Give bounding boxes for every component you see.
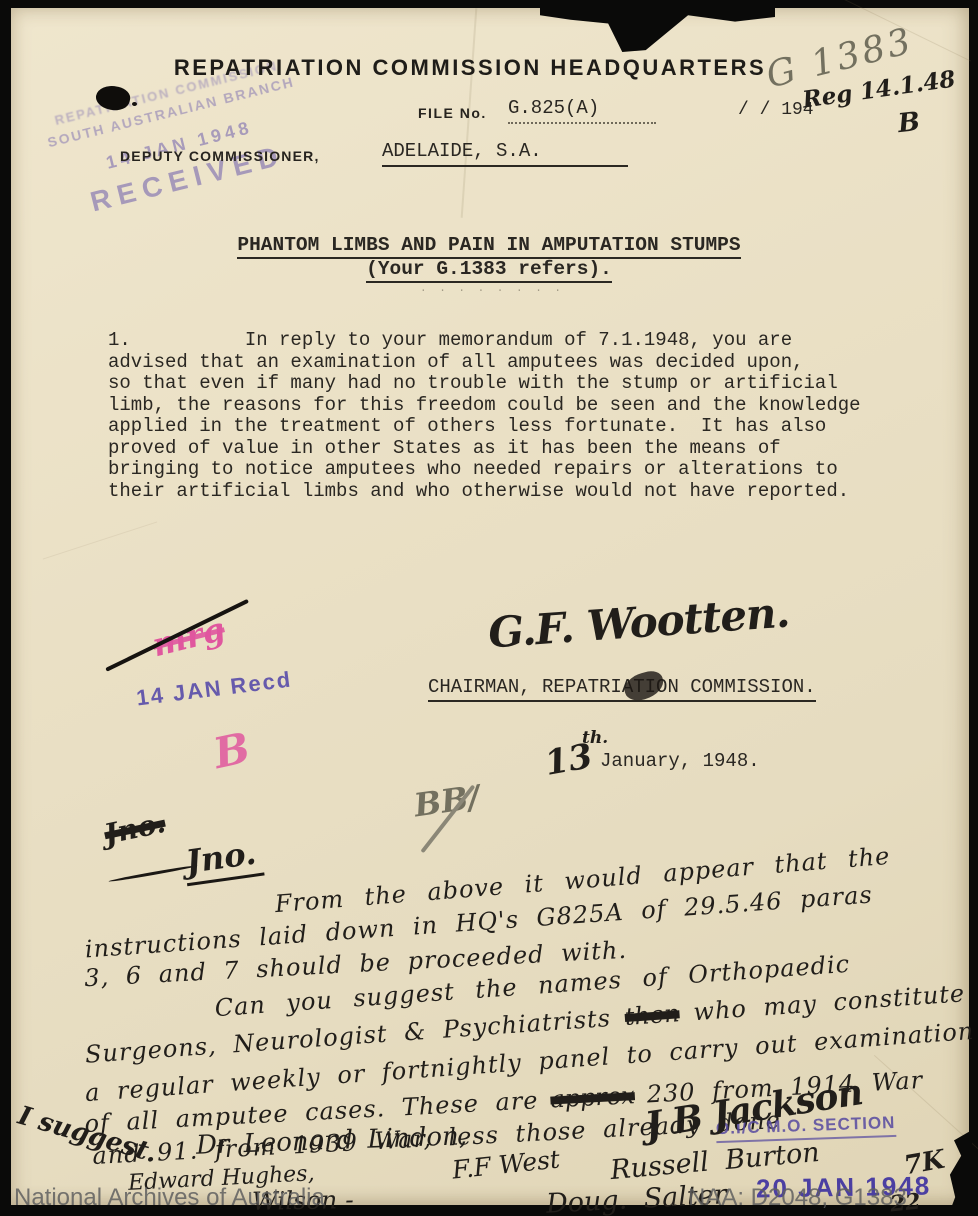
- chairman-title-line: CHAIRMAN, REPATRIATION COMMISSION.: [428, 676, 816, 702]
- scanned-document: REPATRIATION COMMISSION HEADQUARTERS FIL…: [0, 0, 978, 1216]
- deputy-commissioner-label: DEPUTY COMMISSIONER,: [120, 148, 320, 164]
- handwritten-day-suffix: th.: [582, 728, 608, 748]
- minute-line-5-crossed-word: then: [624, 999, 681, 1031]
- subject-line-2: (Your G.1383 refers).: [0, 258, 978, 280]
- ink-speck: [132, 102, 137, 106]
- file-no-value: G.825(A): [508, 97, 656, 124]
- minute-line-7-crossed-word: approx: [550, 1081, 636, 1113]
- initial-b-top: B: [896, 107, 921, 139]
- typed-date: January, 1948.: [600, 750, 760, 772]
- page-title: REPATRIATION COMMISSION HEADQUARTERS: [150, 55, 790, 81]
- watermark-naa-left: National Archives of Australia: [14, 1184, 325, 1212]
- subject-line-1-text: PHANTOM LIMBS AND PAIN IN AMPUTATION STU…: [237, 234, 740, 259]
- deputy-commissioner-value: ADELAIDE, S.A.: [382, 140, 628, 167]
- body-paragraph: 1. In reply to your memorandum of 7.1.19…: [108, 330, 898, 502]
- subject-line-2-text: (Your G.1383 refers).: [366, 258, 612, 283]
- subject-line-1: PHANTOM LIMBS AND PAIN IN AMPUTATION STU…: [0, 234, 978, 256]
- watermark-naa-right: NAA: D2048, G1383: [688, 1184, 907, 1212]
- subject-dots: . . . . . . . .: [420, 283, 564, 295]
- file-no-label: FILE No.: [418, 105, 487, 121]
